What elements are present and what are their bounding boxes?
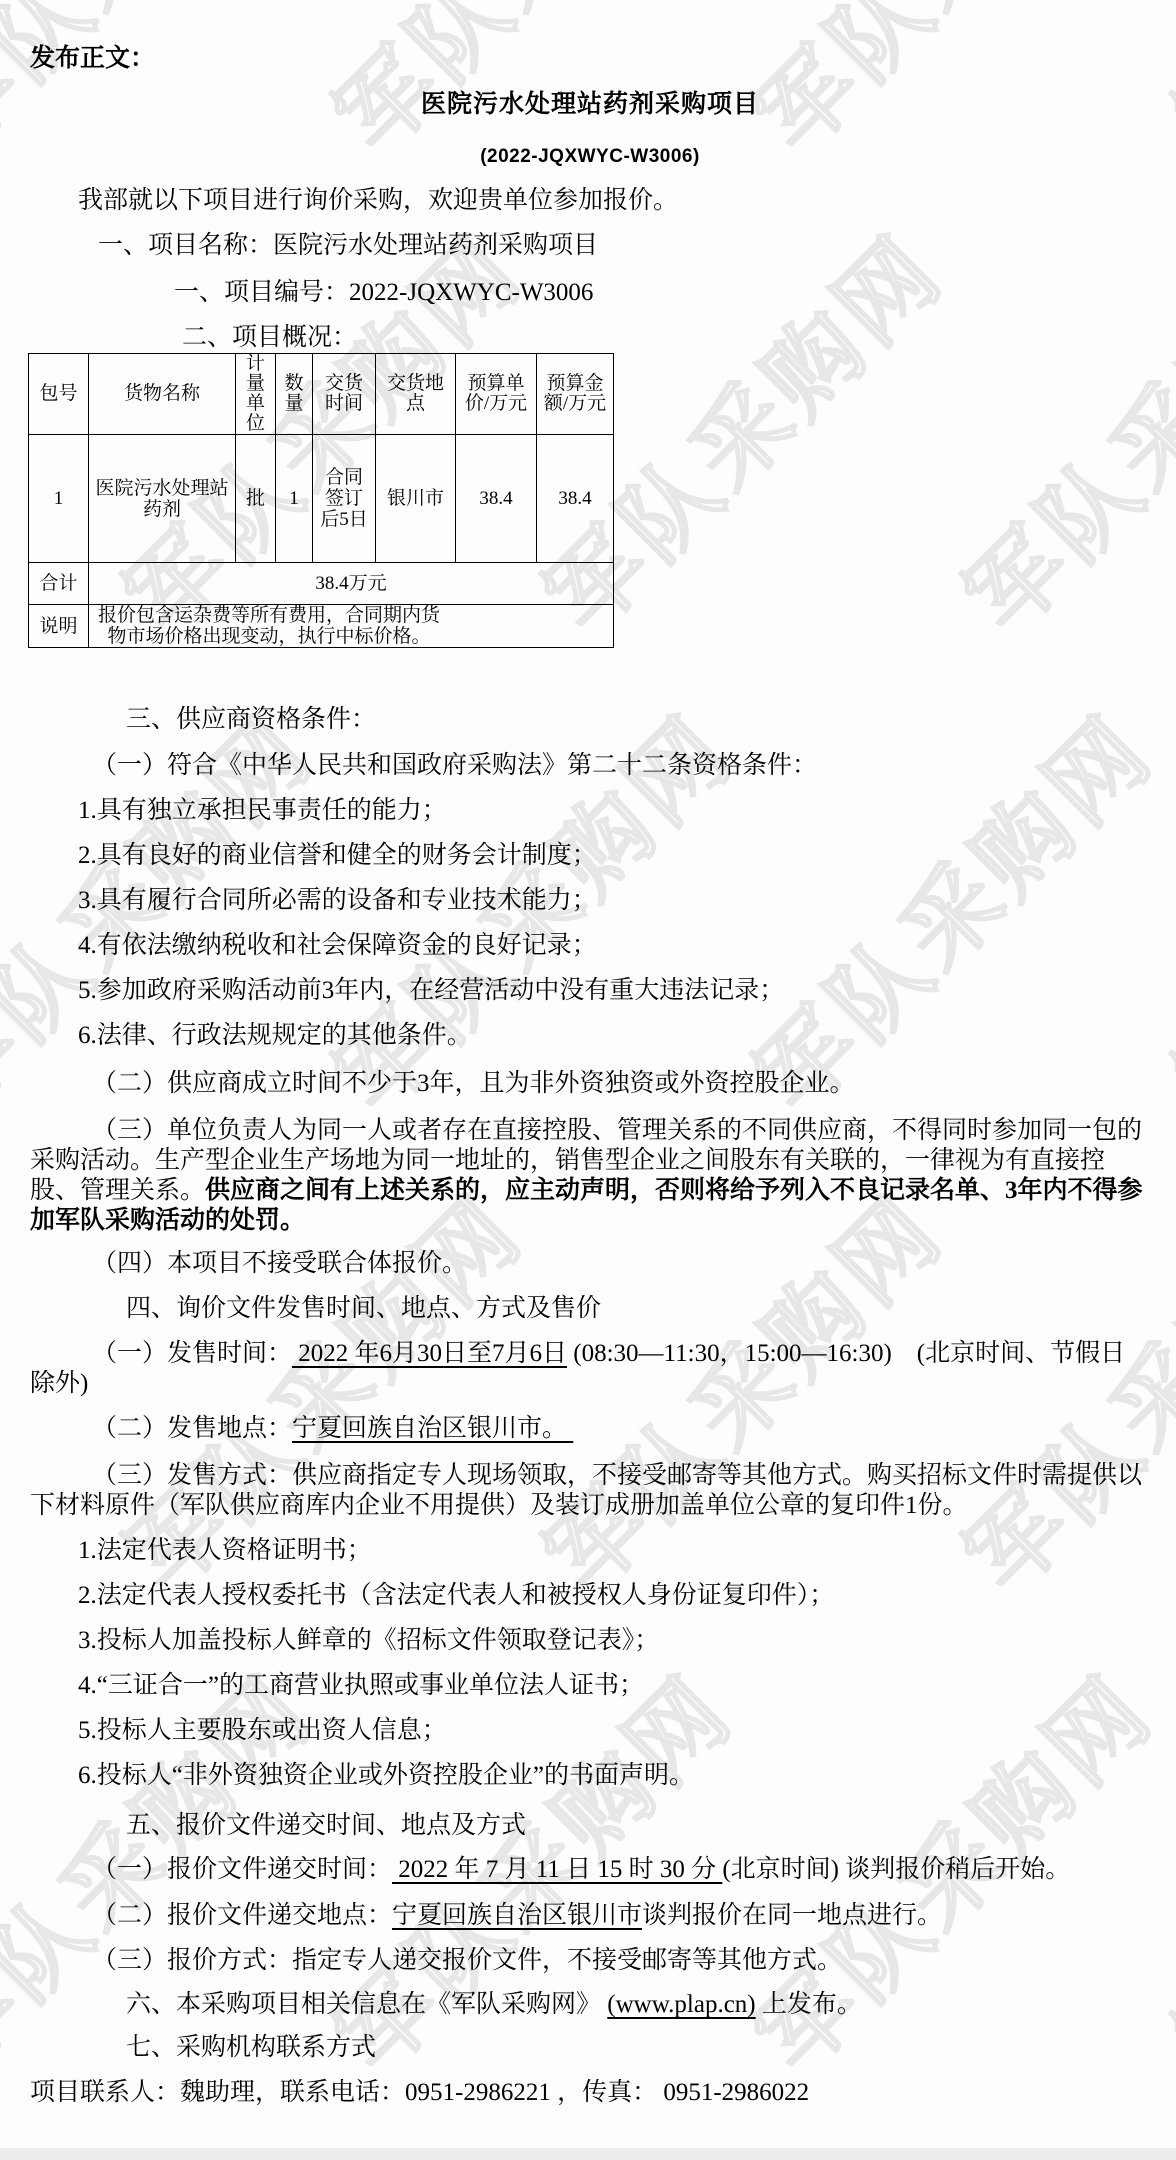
page-bottom-edge [0,2148,1176,2160]
section-5-header: 五、报价文件递交时间、地点及方式 [30,1811,1150,1841]
project-number-line: 一、项目编号：2022-JQXWYC-W3006 [30,278,1150,308]
submit-time-paragraph: （一）报价文件递交时间： 2022 年 7 月 11 日 15 时 30 分 (… [30,1855,1150,1885]
qualification-item: 2.具有良好的商业信誉和健全的财务会计制度； [30,841,1150,871]
overview-table: 包号 货物名称 计量单位 数量 交货时间 交货地点 预算单价/万元 预算金额/万… [28,353,614,648]
material-item: 5.投标人主要股东或出资人信息； [30,1716,1150,1746]
project-code: (2022-JQXWYC-W3006) [30,144,1150,170]
qualification-item: 3.具有履行合同所必需的设备和专业技术能力； [30,886,1150,916]
section-7-header: 七、采购机构联系方式 [30,2033,1150,2063]
contact-line: 项目联系人：魏助理，联系电话：0951-2986221 ，传真： 0951-29… [30,2078,1150,2108]
header-quantity: 数量 [276,354,313,435]
cell-delivery-time: 合同签订后5日 [313,435,376,563]
section-number: 三、 [78,705,176,735]
project-name-line: 一、项目名称：医院污水处理站药剂采购项目 [30,231,1150,261]
section-3-title: 供应商资格条件： [176,706,376,733]
qualification-item: 4.有依法缴纳税收和社会保障资金的良好记录； [30,931,1150,961]
submit-place-value: 宁夏回族自治区银川市 [392,1902,642,1929]
qualification-intro: （一）符合《中华人民共和国政府采购法》第二十二条资格条件： [30,751,1150,781]
sale-time-paragraph: （一）发售时间： 2022 年6月30日至7月6日 (08:30—11:30，1… [30,1339,1150,1399]
project-overview-line: 二、项目概况： [30,323,1150,353]
material-item: 3.投标人加盖投标人鲜章的《招标文件领取登记表》； [30,1626,1150,1656]
section-7-title: 采购机构联系方式 [176,2034,376,2061]
section-number: 五、 [78,1811,176,1841]
section-4-title: 询价文件发售时间、地点、方式及售价 [176,1295,601,1322]
cell-budget-unit-price: 38.4 [456,435,537,563]
qualification-item: 6.法律、行政法规规定的其他条件。 [30,1021,1150,1051]
document-content: 发布正文： 医院污水处理站药剂采购项目 (2022-JQXWYC-W3006) … [30,44,1150,2108]
note-value: 报价包含运杂费等所有费用，合同期内货物市场价格出现变动，执行中标价格。 [89,605,614,648]
sale-time-value: 2022 年6月30日至7月6日 [292,1340,567,1367]
page-title: 医院污水处理站药剂采购项目 [30,88,1150,122]
table-header-row: 包号 货物名称 计量单位 数量 交货时间 交货地点 预算单价/万元 预算金额/万… [29,354,614,435]
intro-paragraph: 我部就以下项目进行询价采购，欢迎贵单位参加报价。 [30,186,1150,216]
section-number: 七、 [78,2033,176,2063]
header-goods-name: 货物名称 [89,354,236,435]
section-4-header: 四、询价文件发售时间、地点、方式及售价 [30,1294,1150,1324]
header-delivery-time: 交货时间 [313,354,376,435]
header-delivery-place: 交货地点 [376,354,456,435]
total-value: 38.4万元 [89,563,614,605]
publish-label: 发布正文： [30,44,1150,74]
document-page: 军队采购网军队采购网军队采购网军队采购网军队采购网军队采购网军队采购网军队采购网… [0,0,1176,2160]
cell-package: 1 [29,435,89,563]
no-consortium-paragraph: （四）本项目不接受联合体报价。 [30,1249,1150,1279]
sale-place-value: 宁夏回族自治区银川市。 [292,1415,573,1442]
header-budget-unit-price: 预算单价/万元 [456,354,537,435]
submit-time-value: 2022 年 7 月 11 日 15 时 30 分 [392,1856,722,1883]
note-label: 说明 [29,605,89,648]
table-row: 1 医院污水处理站药剂 批 1 合同签订后5日 银川市 38.4 38.4 [29,435,614,563]
material-item: 2.法定代表人授权委托书（含法定代表人和被授权人身份证复印件）； [30,1581,1150,1611]
cell-delivery-place: 银川市 [376,435,456,563]
note-row: 说明 报价包含运杂费等所有费用，合同期内货物市场价格出现变动，执行中标价格。 [29,605,614,648]
list-number: 一、 [102,278,224,308]
plap-url-link[interactable]: (www.plap.cn) [607,1991,755,2018]
section-6-line: 六、本采购项目相关信息在《军队采购网》 (www.plap.cn) 上发布。 [30,1990,1150,2020]
material-item: 6.投标人“非外资独资企业或外资控股企业”的书面声明。 [30,1761,1150,1791]
cell-goods-name: 医院污水处理站药剂 [89,435,236,563]
sale-place-paragraph: （二）发售地点：宁夏回族自治区银川市。 [30,1414,1150,1444]
header-package: 包号 [29,354,89,435]
material-item: 4.“三证合一”的工商营业执照或事业单位法人证书； [30,1671,1150,1701]
list-number: 二、 [106,323,232,353]
cell-quantity: 1 [276,435,313,563]
related-supplier-paragraph: （三）单位负责人为同一人或者存在直接控股、管理关系的不同供应商，不得同时参加同一… [30,1116,1150,1236]
submit-method-paragraph: （三）报价方式：指定专人递交报价文件，不接受邮寄等其他方式。 [30,1946,1150,1976]
project-number-text: 项目编号：2022-JQXWYC-W3006 [224,279,593,306]
supplier-age-paragraph: （二）供应商成立时间不少于3年，且为非外资独资或外资控股企业。 [30,1069,1150,1099]
qualification-item: 5.参加政府采购活动前3年内，在经营活动中没有重大违法记录； [30,976,1150,1006]
section-number: 四、 [78,1294,176,1324]
total-row: 合计 38.4万元 [29,563,614,605]
cell-budget-amount: 38.4 [537,435,614,563]
cell-unit: 批 [236,435,276,563]
project-overview-text: 项目概况： [232,324,357,351]
header-budget-amount: 预算金额/万元 [537,354,614,435]
material-item: 1.法定代表人资格证明书； [30,1536,1150,1566]
submit-place-paragraph: （二）报价文件递交地点：宁夏回族自治区银川市谈判报价在同一地点进行。 [30,1901,1150,1931]
qualification-item: 1.具有独立承担民事责任的能力； [30,796,1150,826]
sale-method-paragraph: （三）发售方式：供应商指定专人现场领取，不接受邮寄等其他方式。购买招标文件时需提… [30,1461,1150,1521]
total-label: 合计 [29,563,89,605]
section-5-title: 报价文件递交时间、地点及方式 [176,1812,526,1839]
header-unit: 计量单位 [236,354,276,435]
section-number: 六、 [78,1990,176,2020]
section-3-header: 三、供应商资格条件： [30,705,1150,735]
